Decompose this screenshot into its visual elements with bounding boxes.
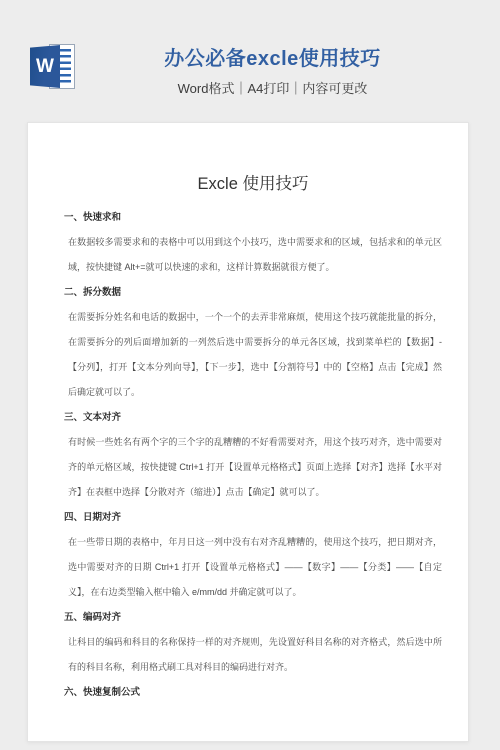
page-subtitle: Word格式｜A4打印｜内容可更改 xyxy=(45,78,500,97)
page-title: 办公必备excle使用技巧 xyxy=(45,42,500,71)
header-banner: W 办公必备excle使用技巧 Word格式｜A4打印｜内容可更改 xyxy=(0,0,500,122)
section-heading: 二、拆分数据 xyxy=(64,280,442,305)
section-quick-sum: 一、快速求和 在数据较多需要求和的表格中可以用到这个小技巧，选中需要求和的区域，… xyxy=(64,205,442,280)
document-page: Excle 使用技巧 一、快速求和 在数据较多需要求和的表格中可以用到这个小技巧… xyxy=(27,122,469,742)
section-body: 在需要拆分姓名和电话的数据中，一个一个的去弄非常麻烦，使用这个技巧就能批量的拆分… xyxy=(68,305,442,405)
word-icon-letter: W xyxy=(30,45,60,88)
section-code-align: 五、编码对齐 让科目的编码和科目的名称保持一样的对齐规则，先设置好科目名称的对齐… xyxy=(64,605,442,680)
section-body: 在一些带日期的表格中，年月日这一列中没有右对齐乱糟糟的，使用这个技巧，把日期对齐… xyxy=(68,530,442,605)
document-title: Excle 使用技巧 xyxy=(64,171,442,197)
section-split-data: 二、拆分数据 在需要拆分姓名和电话的数据中，一个一个的去弄非常麻烦，使用这个技巧… xyxy=(64,280,442,405)
section-date-align: 四、日期对齐 在一些带日期的表格中，年月日这一列中没有右对齐乱糟糟的，使用这个技… xyxy=(64,505,442,605)
section-heading: 四、日期对齐 xyxy=(64,505,442,530)
section-quick-copy-formula: 六、快速复制公式 xyxy=(64,680,442,705)
section-body: 让科目的编码和科目的名称保持一样的对齐规则，先设置好科目名称的对齐格式，然后选中… xyxy=(68,630,442,680)
header-text: 办公必备excle使用技巧 Word格式｜A4打印｜内容可更改 xyxy=(45,0,500,97)
section-heading: 一、快速求和 xyxy=(64,205,442,230)
section-body: 在数据较多需要求和的表格中可以用到这个小技巧，选中需要求和的区域，包括求和的单元… xyxy=(68,230,442,280)
section-heading: 五、编码对齐 xyxy=(64,605,442,630)
word-icon: W xyxy=(30,43,75,90)
section-heading: 三、文本对齐 xyxy=(64,405,442,430)
section-heading: 六、快速复制公式 xyxy=(64,680,442,705)
section-text-align: 三、文本对齐 有时候一些姓名有两个字的三个字的乱糟糟的不好看需要对齐，用这个技巧… xyxy=(64,405,442,505)
section-body: 有时候一些姓名有两个字的三个字的乱糟糟的不好看需要对齐，用这个技巧对齐，选中需要… xyxy=(68,430,442,505)
